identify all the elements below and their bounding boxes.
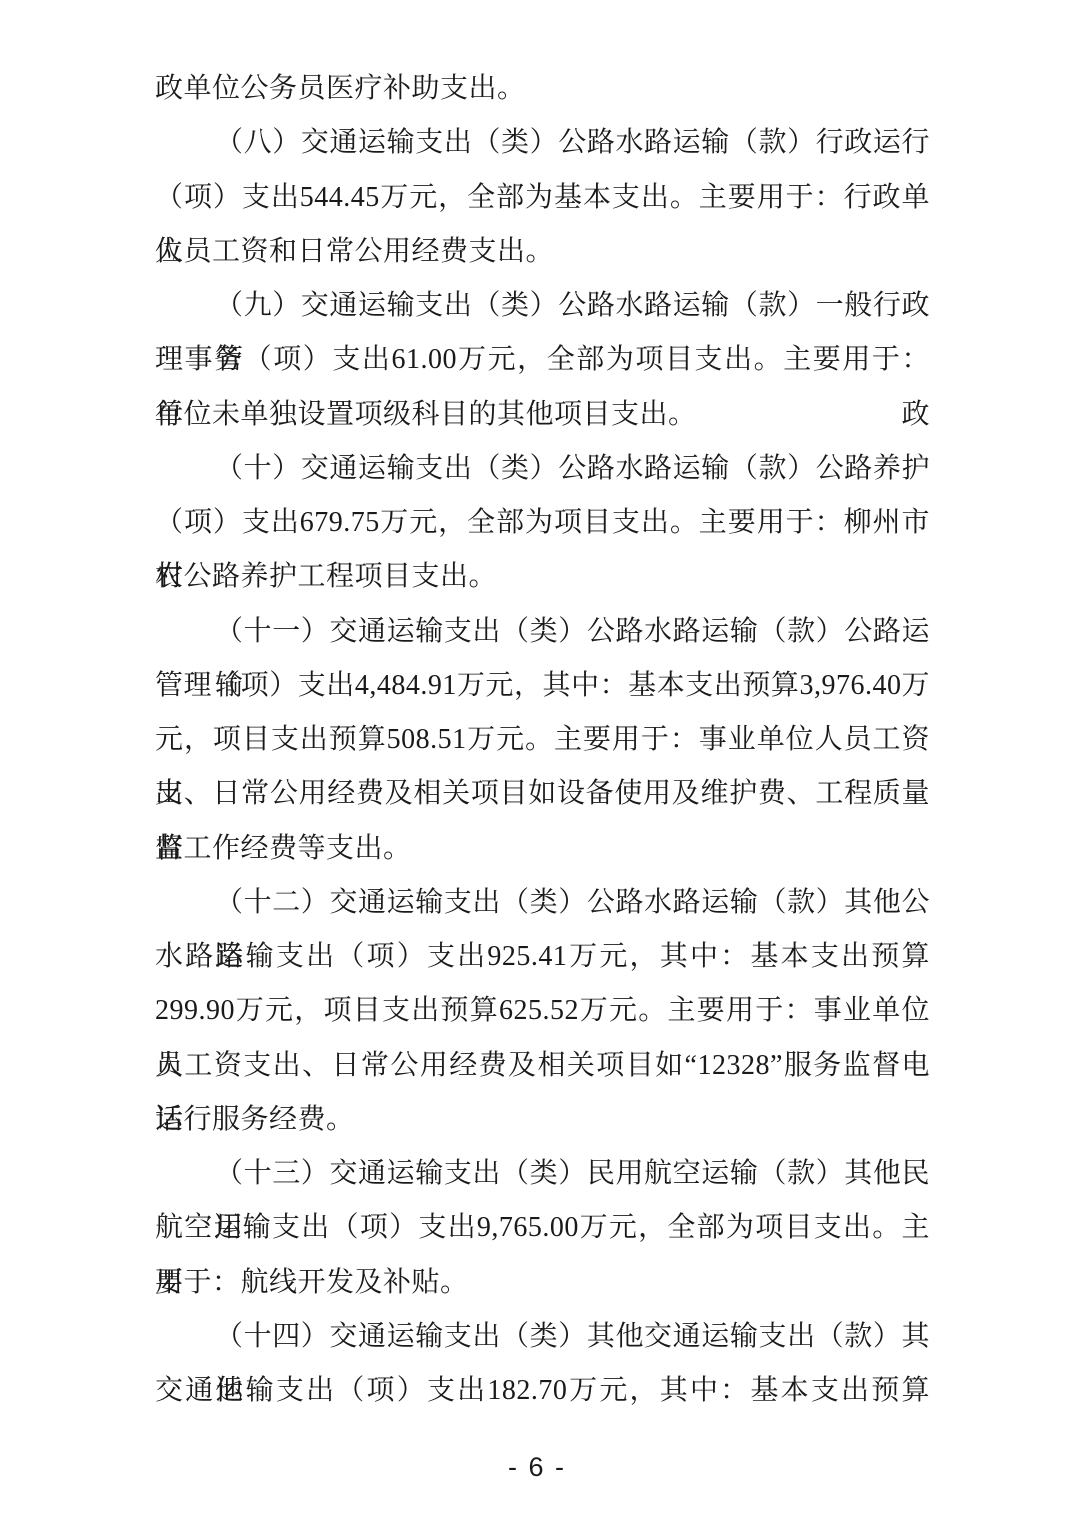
text-line: （项）支出679.75万元，全部为项目支出。主要用于：柳州市农 — [155, 496, 930, 550]
text-line: （十二）交通运输支出（类）公路水路运输（款）其他公路 — [155, 876, 930, 930]
text-line: 交通运输支出（项）支出182.70万元，其中：基本支出预算 — [155, 1364, 930, 1418]
document-body: 政单位公务员医疗补助支出。 （八）交通运输支出（类）公路水路运输（款）行政运行 … — [155, 62, 930, 1418]
text-line: 理事务（项）支出61.00万元，全部为项目支出。主要用于：行政 — [155, 333, 930, 387]
page-number: - 6 - — [0, 1452, 1074, 1483]
text-line: （项）支出544.45万元，全部为基本支出。主要用于：行政单位 — [155, 171, 930, 225]
text-line: （八）交通运输支出（类）公路水路运输（款）行政运行 — [155, 116, 930, 170]
text-line: 元，项目支出预算508.51万元。主要用于：事业单位人员工资支 — [155, 713, 930, 767]
text-line: （十）交通运输支出（类）公路水路运输（款）公路养护 — [155, 442, 930, 496]
text-line: 航空运输支出（项）支出9,765.00万元，全部为项目支出。主要 — [155, 1201, 930, 1255]
text-line: 督工作经费等支出。 — [155, 822, 930, 876]
text-line: 管理（项）支出4,484.91万元，其中：基本支出预算3,976.40万 — [155, 659, 930, 713]
text-line: 299.90万元，项目支出预算625.52万元。主要用于：事业单位人 — [155, 984, 930, 1038]
document-page: 政单位公务员医疗补助支出。 （八）交通运输支出（类）公路水路运输（款）行政运行 … — [0, 0, 1074, 1520]
text-line: 人员工资和日常公用经费支出。 — [155, 225, 930, 279]
text-line: （十一）交通运输支出（类）公路水路运输（款）公路运输 — [155, 605, 930, 659]
text-line: 用于：航线开发及补贴。 — [155, 1256, 930, 1310]
text-line: 员工资支出、日常公用经费及相关项目如“12328”服务监督电话 — [155, 1039, 930, 1093]
text-line: 水路运输支出（项）支出925.41万元，其中：基本支出预算 — [155, 930, 930, 984]
text-line: 运行服务经费。 — [155, 1093, 930, 1147]
text-line: 政单位公务员医疗补助支出。 — [155, 62, 930, 116]
text-line: （十四）交通运输支出（类）其他交通运输支出（款）其他 — [155, 1310, 930, 1364]
text-line: （十三）交通运输支出（类）民用航空运输（款）其他民用 — [155, 1147, 930, 1201]
text-line: 出、日常公用经费及相关项目如设备使用及维护费、工程质量监 — [155, 767, 930, 821]
text-line: 村公路养护工程项目支出。 — [155, 550, 930, 604]
text-line: （九）交通运输支出（类）公路水路运输（款）一般行政管 — [155, 279, 930, 333]
